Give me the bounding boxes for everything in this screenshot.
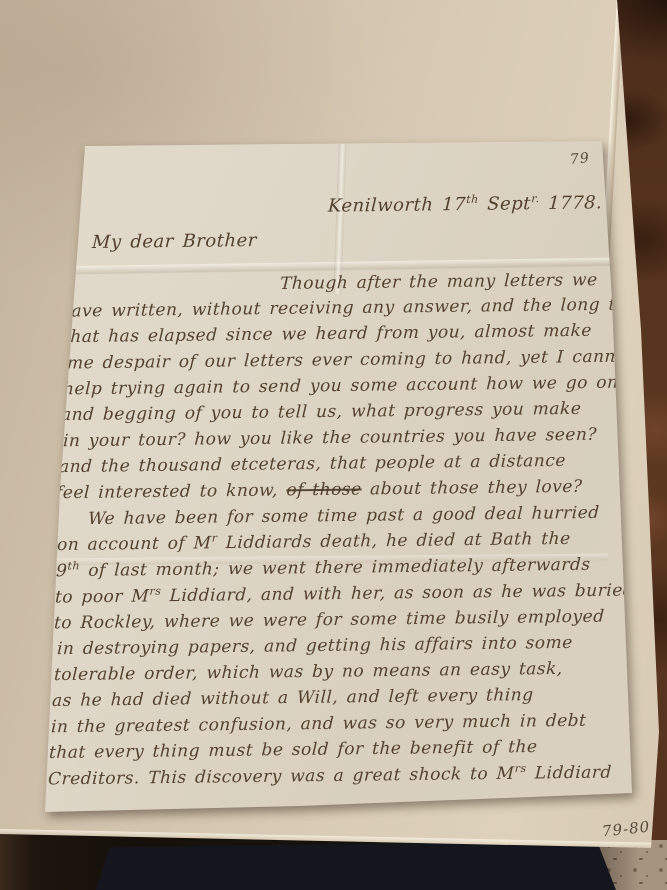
- letter-line: feel interested to know, of those about …: [56, 477, 583, 504]
- letter-line: to poor Mrs Liddiard, and with her, as s…: [55, 580, 635, 608]
- salutation: My dear Brother: [92, 230, 258, 253]
- letter-line: tolerable order, which was by no means a…: [54, 659, 564, 686]
- letter-line: Creditors. This discovery was a great sh…: [48, 763, 613, 791]
- letter-line: that has elapsed since we heard from you…: [63, 321, 593, 348]
- dateline: Kenilworth 17th Septr. 1778.: [328, 192, 603, 216]
- letter-line: in destroying papers, and getting his af…: [57, 633, 574, 660]
- photo-scene: Kenilworth 17th Septr. 1778. My dear Bro…: [0, 0, 667, 890]
- letter-line: to Rockley, where we were for some time …: [54, 607, 605, 635]
- letter-line: me despair of our letters ever coming to…: [67, 347, 635, 375]
- folio-number-top: 79: [569, 150, 590, 168]
- letter-line: that every thing must be sold for the be…: [49, 737, 538, 764]
- letter-line: and the thousand etceteras, that people …: [59, 451, 567, 478]
- paper-crease: [333, 144, 346, 294]
- letter-line: and begging of you to tell us, what prog…: [61, 399, 582, 426]
- letter-line: have written, without receiving any answ…: [60, 294, 650, 322]
- letter-line: on account of Mr Liddiards death, he die…: [57, 529, 571, 556]
- letter-line: as he had died without a Will, and left …: [52, 685, 534, 712]
- letter-line: help trying again to send you some accou…: [63, 373, 625, 401]
- letter-line: We have been for some time past a good d…: [88, 503, 600, 530]
- letter-line: Though after the many letters we: [280, 270, 598, 295]
- letter-page: Kenilworth 17th Septr. 1778. My dear Bro…: [0, 0, 667, 890]
- letter-line: in your tour? how you like the countries…: [63, 425, 598, 453]
- letter-shadow-wrap: Kenilworth 17th Septr. 1778. My dear Bro…: [0, 0, 667, 890]
- letter-line: in the greatest confusion, and was so ve…: [51, 711, 587, 739]
